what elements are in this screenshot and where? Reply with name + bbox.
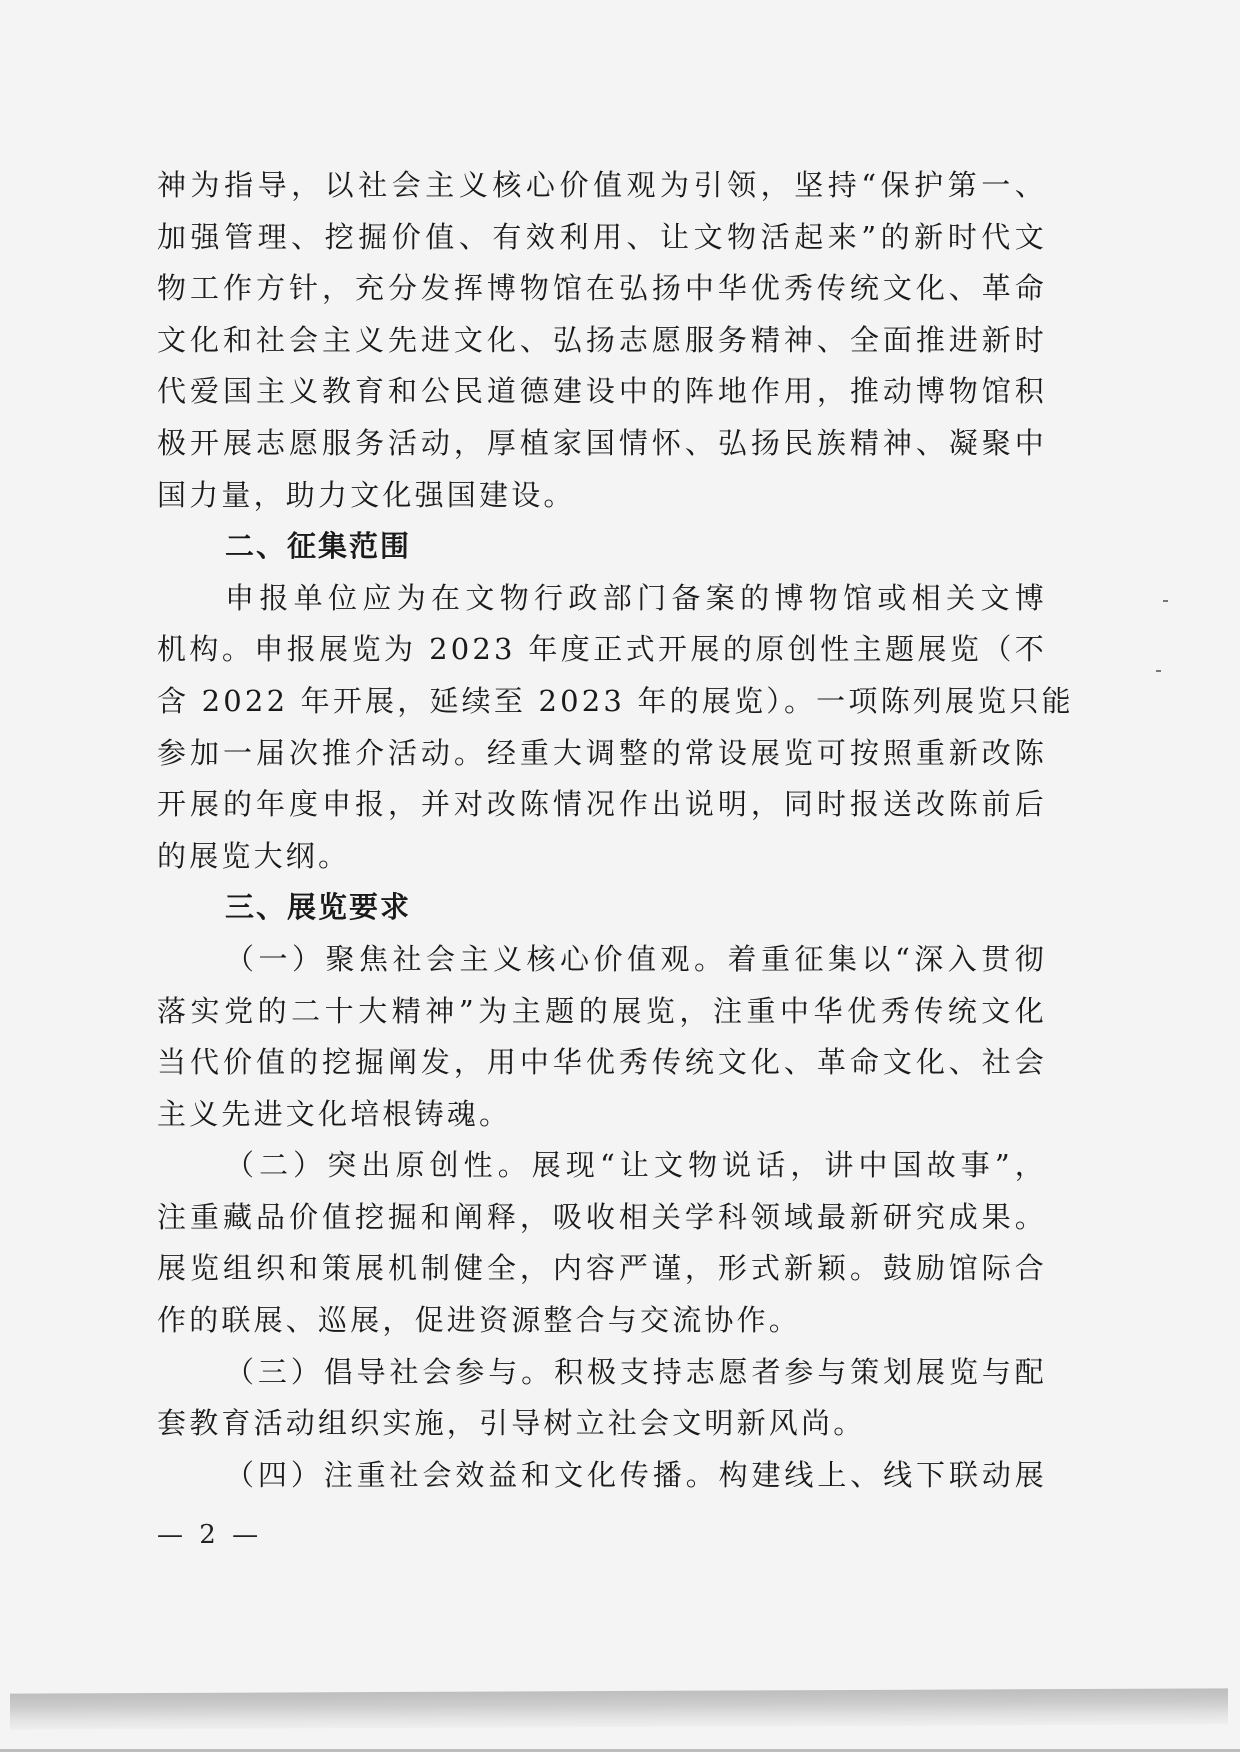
body-line: 极开展志愿服务活动，厚植家国情怀、弘扬民族精神、凝聚中 — [157, 418, 1047, 470]
body-line: 机构。申报展览为 2023 年度正式开展的原创性主题展览（不 — [157, 624, 1047, 676]
scan-artifact-mark — [1156, 670, 1161, 672]
body-line: 当代价值的挖掘阐发，用中华优秀传统文化、革命文化、社会 — [157, 1037, 1047, 1089]
section-heading-requirements: 三、展览要求 — [157, 882, 1047, 934]
body-line: 主义先进文化培根铸魂。 — [157, 1089, 1047, 1141]
paragraph-first-line: （二）突出原创性。展现“让文物说话，讲中国故事”， — [157, 1140, 1047, 1192]
body-line: 落实党的二十大精神”为主题的展览，注重中华优秀传统文化 — [157, 986, 1047, 1038]
body-line: 国力量，助力文化强国建设。 — [157, 470, 1047, 522]
document-page: 神为指导，以社会主义核心价值观为引领，坚持“保护第一、 加强管理、挖掘价值、有效… — [0, 0, 1240, 1752]
body-line: 展览组织和策展机制健全，内容严谨，形式新颖。鼓励馆际合 — [157, 1243, 1047, 1295]
body-line: 神为指导，以社会主义核心价值观为引领，坚持“保护第一、 — [157, 160, 1047, 212]
body-line: 套教育活动组织实施，引导树立社会文明新风尚。 — [157, 1398, 1047, 1450]
body-line: 代爱国主义教育和公民道德建设中的阵地作用，推动博物馆积 — [157, 366, 1047, 418]
paragraph-first-line: （一）聚焦社会主义核心价值观。着重征集以“深入贯彻 — [157, 934, 1047, 986]
body-line: 含 2022 年开展，延续至 2023 年的展览）。一项陈列展览只能 — [157, 676, 1047, 728]
body-line: 开展的年度申报，并对改陈情况作出说明，同时报送改陈前后 — [157, 779, 1047, 831]
body-line: 参加一届次推介活动。经重大调整的常设展览可按照重新改陈 — [157, 728, 1047, 780]
section-heading-scope: 二、征集范围 — [157, 521, 1047, 573]
body-line: 文化和社会主义先进文化、弘扬志愿服务精神、全面推进新时 — [157, 315, 1047, 367]
paragraph-first-line: 申报单位应为在文物行政部门备案的博物馆或相关文博 — [157, 573, 1047, 625]
scan-artifact-mark — [1163, 600, 1168, 602]
document-body: 神为指导，以社会主义核心价值观为引领，坚持“保护第一、 加强管理、挖掘价值、有效… — [157, 160, 1047, 1501]
body-line: 注重藏品价值挖掘和阐释，吸收相关学科领域最新研究成果。 — [157, 1192, 1047, 1244]
paragraph-first-line: （四）注重社会效益和文化传播。构建线上、线下联动展 — [157, 1450, 1047, 1502]
body-line: 加强管理、挖掘价值、有效利用、让文物活起来”的新时代文 — [157, 212, 1047, 264]
paragraph-first-line: （三）倡导社会参与。积极支持志愿者参与策划展览与配 — [157, 1347, 1047, 1399]
body-line: 物工作方针，充分发挥博物馆在弘扬中华优秀传统文化、革命 — [157, 263, 1047, 315]
page-number: — 2 — — [157, 1520, 262, 1550]
body-line: 的展览大纲。 — [157, 831, 1047, 883]
body-line: 作的联展、巡展，促进资源整合与交流协作。 — [157, 1295, 1047, 1347]
scanner-edge-strip — [10, 1688, 1228, 1729]
